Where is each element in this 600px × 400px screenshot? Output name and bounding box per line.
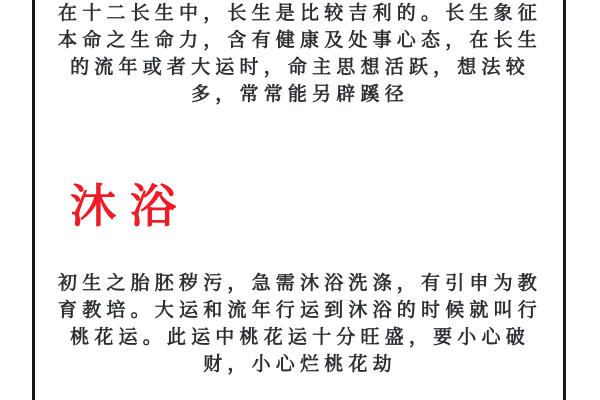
document-page: 在十二长生中，长生是比较吉利的。长生象征 本命之生命力，含有健康及处事心态，在长… xyxy=(0,0,600,400)
text-line: 桃花运。此运中桃花运十分旺盛，要小心破 xyxy=(58,324,542,351)
text-line: 在十二长生中，长生是比较吉利的。长生象征 xyxy=(58,0,542,27)
text-line: 财，小心烂桃花劫 xyxy=(58,351,542,378)
text-line: 初生之胎胚秽污，急需沐浴洗涤，有引申为教 xyxy=(58,270,542,297)
text-line: 育教培。大运和流年行运到沐浴的时候就叫行 xyxy=(58,297,542,324)
text-line: 本命之生命力，含有健康及处事心态，在长生 xyxy=(58,27,542,54)
muyu-description: 初生之胎胚秽污，急需沐浴洗涤，有引申为教 育教培。大运和流年行运到沐浴的时候就叫… xyxy=(58,270,542,378)
section-heading-muyu: 沐浴 xyxy=(70,176,190,236)
changsheng-description: 在十二长生中，长生是比较吉利的。长生象征 本命之生命力，含有健康及处事心态，在长… xyxy=(58,0,542,108)
text-line: 的流年或者大运时，命主思想活跃，想法较 xyxy=(58,54,542,81)
text-line: 多，常常能另辟蹊径 xyxy=(58,81,542,108)
